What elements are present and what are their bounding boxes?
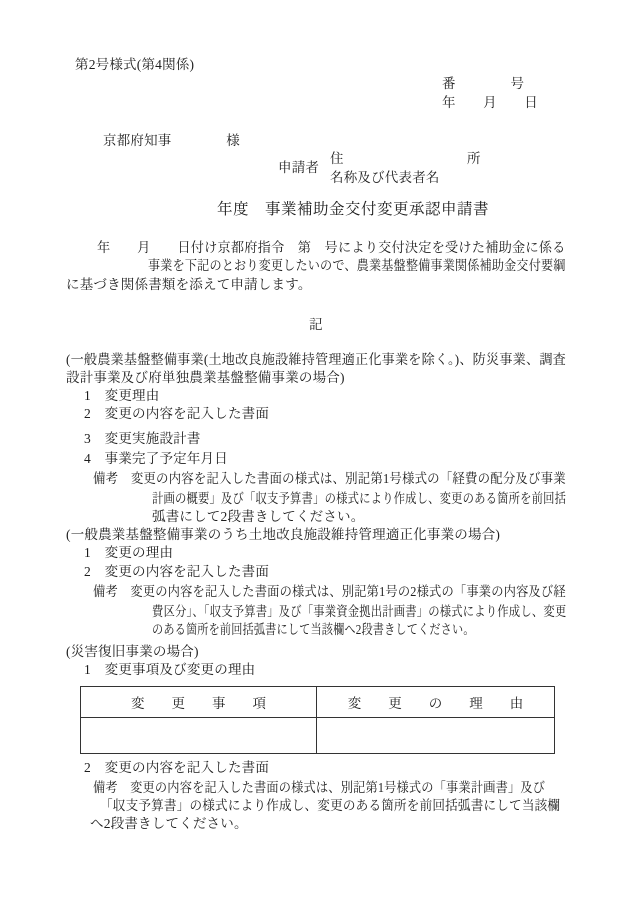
document-title: 年度 事業補助金交付変更承認申請書 <box>217 202 489 218</box>
applicant-label: 申請者 <box>278 160 319 176</box>
opening-line-1: 年 月 日付け京都府指令 第 号により交付決定を受けた補助金に係る <box>97 240 555 256</box>
maintenance-note-line-1: 備考 変更の内容を記入した書面の様式は、別記第1号の2様式の「事業の内容及び経 <box>93 584 522 600</box>
maintenance-note-line-3: のある箇所を前回括弧書にして当該欄へ2段書きしてください。 <box>152 622 419 638</box>
applicant-name-label: 名称及び代表者名 <box>330 170 440 186</box>
general-note-line-3: 弧書にして2段書きしてください。 <box>152 509 364 525</box>
general-note-line-1: 備考 変更の内容を記入した書面の様式は、別記第1号様式の「経費の配分及び事業 <box>93 471 528 487</box>
disaster-note-line-2: 「収支予算書」の様式により作成し、変更のある箇所を前回括弧書にして当該欄 <box>100 798 529 814</box>
doc-number-line: 番 号 <box>442 76 524 92</box>
section-maintenance-case-line: (一般農業基盤整備事業のうち土地改良施設維持管理適正化事業の場合) <box>66 527 500 543</box>
general-note-line-2: 計画の概要」及び「収支予算書」の様式により作成し、変更のある箇所を前回括 <box>152 491 500 507</box>
opening-line-3: に基づき関係書類を添えて申請します。 <box>66 277 312 293</box>
table-header-change-reason: 変 更 の 理 由 <box>317 687 555 718</box>
maintenance-item-2: 2 変更の内容を記入した書面 <box>84 564 269 580</box>
addressee-line: 京都府知事 様 <box>103 133 240 149</box>
form-label: 第2号様式(第4関係) <box>75 57 194 73</box>
table-header-change-item: 変 更 事 項 <box>81 687 317 718</box>
general-item-2: 2 変更の内容を記入した書面 <box>84 406 269 422</box>
disaster-item-2: 2 変更の内容を記入した書面 <box>84 760 269 776</box>
disaster-note-line-3: へ2段書きしてください。 <box>90 816 248 832</box>
general-item-1: 1 変更理由 <box>84 388 159 404</box>
disaster-item-1: 1 変更事項及び変更の理由 <box>84 662 255 678</box>
applicant-address-label: 住 所 <box>330 151 481 167</box>
section-disaster-case-line: (災害復旧事業の場合) <box>66 644 199 660</box>
section-general-case-line-1: (一般農業基盤整備事業(土地改良施設維持管理適正化事業を除く。)、防災事業、調査 <box>66 352 552 368</box>
change-table: 変 更 事 項 変 更 の 理 由 <box>80 686 555 754</box>
ki-heading: 記 <box>66 317 566 333</box>
doc-date-line: 年 月 日 <box>442 95 538 111</box>
disaster-note-line-1: 備考 変更の内容を記入した書面の様式は、別記第1号様式の「事業計画書」及び <box>93 780 502 796</box>
table-cell-change-reason <box>317 718 555 754</box>
maintenance-note-line-2: 費区分」、「収支予算書」及び「事業資金拠出計画書」の様式により作成し、変更 <box>152 604 500 620</box>
general-item-3: 3 変更実施設計書 <box>84 431 201 447</box>
page: 第2号様式(第4関係) 番 号 年 月 日 京都府知事 様 住 所 申請者 名称… <box>0 0 630 903</box>
table-cell-change-item <box>81 718 317 754</box>
opening-line-2: 事業を下記のとおり変更したいので、農業基盤整備事業関係補助金交付要綱 <box>148 258 523 274</box>
table-row <box>81 718 555 754</box>
general-item-4: 4 事業完了予定年月日 <box>84 451 228 467</box>
maintenance-item-1: 1 変更の理由 <box>84 545 173 561</box>
section-general-case-line-2: 設計事業及び府単独農業基盤整備事業の場合) <box>66 370 345 386</box>
